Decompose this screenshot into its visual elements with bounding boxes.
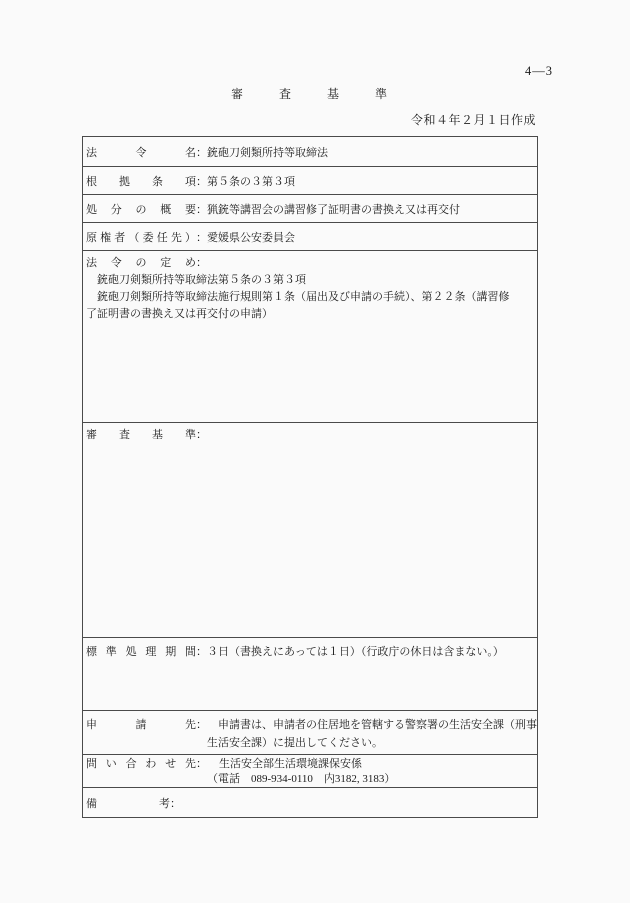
- application-destination-line-1: 申請書は、申請者の住居地を管轄する警察署の生活安全課（刑事: [207, 716, 537, 734]
- row-application-destination: 申請先： 申請書は、申請者の住居地を管轄する警察署の生活安全課（刑事 生活安全課…: [83, 711, 537, 755]
- row-standard-processing-period: 標準処理期間：３日（書換えにあっては１日）（行政庁の休日は含まない。）: [83, 638, 537, 711]
- contact-label: 問い合わせ先: [86, 757, 196, 772]
- statute-name-colon: ：: [196, 144, 207, 160]
- statute-name-value: 銃砲刀剣類所持等取締法: [207, 144, 328, 160]
- row-disposition-summary: 処分の概要：猟銃等講習会の講習修了証明書の書換え又は再交付: [83, 195, 537, 223]
- legal-provisions-line-3: 了証明書の書換え又は再交付の申請）: [86, 306, 537, 323]
- creation-date: 令和４年２月１日作成: [82, 111, 536, 128]
- contact-line-2: （電話 089-934-0110 内3182, 3183）: [207, 772, 537, 787]
- row-contact: 問い合わせ先： 生活安全部生活環境課保安係 （電話 089-934-0110 内…: [83, 755, 537, 788]
- application-destination-line-2: 生活安全課）に提出してください。: [207, 734, 537, 752]
- application-destination-label: 申請先: [86, 716, 196, 734]
- application-destination-colon: ：: [196, 716, 207, 734]
- review-criteria-colon: ：: [196, 428, 207, 443]
- legal-provisions-colon: ：: [196, 255, 207, 272]
- standard-processing-period-value: ３日（書換えにあっては１日）（行政庁の休日は含まない。）: [207, 645, 504, 660]
- row-remarks: 備考：: [83, 788, 537, 817]
- authority-colon: ：: [196, 229, 207, 245]
- page-number: 4—3: [525, 64, 553, 79]
- row-legal-basis: 根拠条項：第５条の３第３項: [83, 167, 537, 195]
- contact-line-1: 生活安全部生活環境課保安係: [207, 757, 537, 772]
- disposition-summary-label: 処分の概要: [86, 201, 196, 217]
- remarks-colon: ：: [170, 795, 181, 811]
- legal-basis-colon: ：: [196, 173, 207, 189]
- statute-name-label: 法令名: [86, 144, 196, 160]
- authority-label: 原権者（委任先）: [86, 229, 196, 245]
- disposition-summary-value: 猟銃等講習会の講習修了証明書の書換え又は再交付: [207, 201, 460, 217]
- remarks-label: 備考: [86, 795, 170, 811]
- legal-basis-label: 根拠条項: [86, 173, 196, 189]
- criteria-table: 法令名：銃砲刀剣類所持等取締法 根拠条項：第５条の３第３項 処分の概要：猟銃等講…: [82, 136, 538, 818]
- legal-provisions-line-1: 銃砲刀剣類所持等取締法第５条の３第３項: [86, 272, 537, 289]
- disposition-summary-colon: ：: [196, 201, 207, 217]
- row-statute-name: 法令名：銃砲刀剣類所持等取締法: [83, 137, 537, 167]
- standard-processing-period-label: 標準処理期間: [86, 645, 196, 660]
- legal-provisions-line-2: 銃砲刀剣類所持等取締法施行規則第１条（届出及び申請の手続）、第２２条（講習修: [86, 289, 537, 306]
- row-authority: 原権者（委任先）：愛媛県公安委員会: [83, 223, 537, 251]
- legal-basis-value: 第５条の３第３項: [207, 173, 295, 189]
- authority-value: 愛媛県公安委員会: [207, 229, 295, 245]
- review-criteria-label: 審査基準: [86, 428, 196, 443]
- standard-processing-period-colon: ：: [196, 645, 207, 660]
- contact-colon: ：: [196, 757, 207, 772]
- row-legal-provisions: 法令の定め： 銃砲刀剣類所持等取締法第５条の３第３項 銃砲刀剣類所持等取締法施行…: [83, 251, 537, 423]
- document-title: 審 査 基 準: [82, 85, 536, 102]
- legal-provisions-label: 法令の定め: [86, 255, 196, 272]
- row-review-criteria: 審査基準：: [83, 423, 537, 638]
